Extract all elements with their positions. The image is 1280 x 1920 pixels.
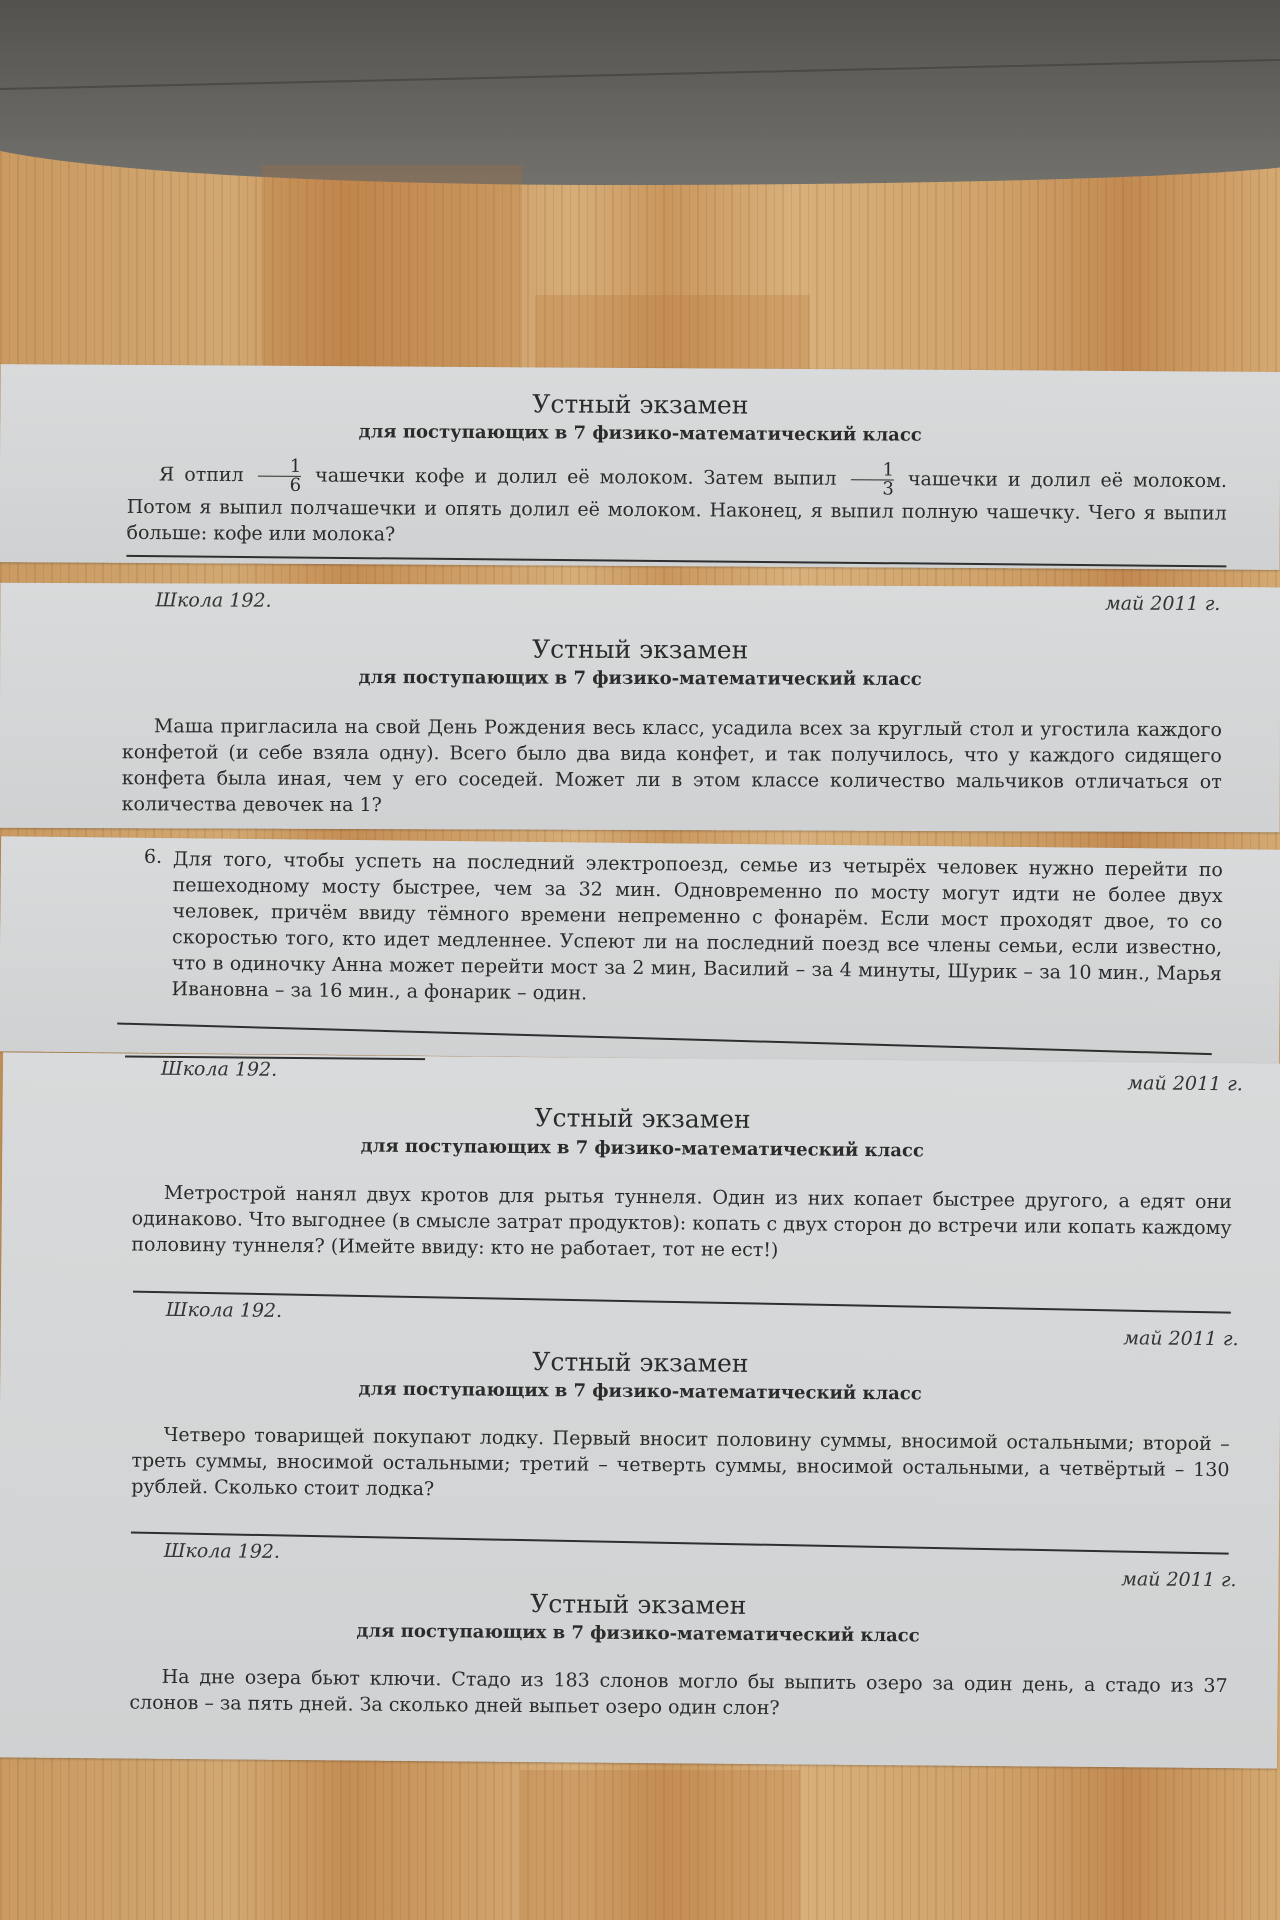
separator-line xyxy=(117,1023,1212,1055)
school-label: Школа 192. xyxy=(166,1299,282,1322)
wood-plank-dark xyxy=(520,1770,800,1920)
exam-subtitle: для поступающих в 7 физико-математически… xyxy=(2,1132,1280,1164)
exam-strip-2: Школа 192. май 2011 г. Устный экзамен дл… xyxy=(0,583,1280,832)
wood-plank-dark xyxy=(535,295,810,375)
problem-text: Для того, чтобы успеть на последний элек… xyxy=(171,846,1223,1013)
problem-text: Метрострой нанял двух кротов для рытья т… xyxy=(131,1180,1232,1268)
exam-title: Устный экзамен xyxy=(2,1098,1280,1138)
wood-plank-dark xyxy=(262,165,522,375)
school-label: Школа 192. xyxy=(155,589,271,611)
separator-line xyxy=(131,1532,1229,1555)
date-label: май 2011 г. xyxy=(1127,1072,1243,1095)
fraction-one-sixth: 16 xyxy=(258,458,302,495)
gray-fabric-background xyxy=(0,0,1280,185)
exam-title: Устный экзамен xyxy=(0,633,1280,666)
exam-subtitle: для поступающих в 7 физико-математически… xyxy=(0,666,1280,691)
problem-text: Четверо товарищей покупают лодку. Первый… xyxy=(131,1422,1230,1510)
school-label: Школа 192. xyxy=(164,1540,280,1563)
exam-subtitle: для поступающих в 7 физико-математически… xyxy=(0,419,1280,448)
separator-line xyxy=(126,555,1226,567)
problem-text: Маша пригласила на свой День Рождения ве… xyxy=(122,713,1222,821)
separator-line xyxy=(133,1291,1231,1314)
date-label: май 2011 г. xyxy=(1121,1568,1237,1591)
exam-strip-4: Школа 192. май 2011 г. Устный экзамен дл… xyxy=(0,1052,1280,1768)
date-label: май 2011 г. xyxy=(1123,1327,1239,1350)
problem-text: Я отпил 16 чашечки кофе и долил её молок… xyxy=(127,457,1228,553)
date-label: май 2011 г. xyxy=(1105,593,1220,615)
fraction-one-third: 13 xyxy=(850,461,894,498)
exam-title: Устный экзамен xyxy=(0,386,1280,423)
exam-strip-1: Устный экзамен для поступающих в 7 физик… xyxy=(0,364,1280,570)
problem-text: На дне озера бьют ключи. Стадо из 183 сл… xyxy=(129,1664,1227,1726)
exam-strip-3: 6. Для того, чтобы успеть на последний э… xyxy=(0,836,1280,1064)
problem-number: 6. xyxy=(144,846,162,868)
school-label: Школа 192. xyxy=(161,1058,277,1081)
